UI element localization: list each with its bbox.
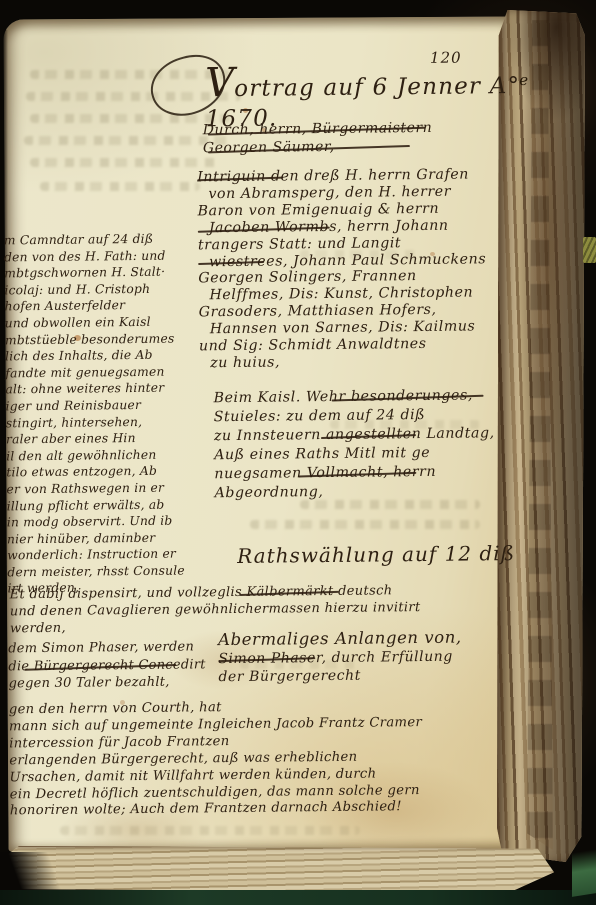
- manuscript-line: die Bürgergerecht Concedirt: [8, 656, 206, 676]
- manuscript-text: werden,: [10, 621, 66, 637]
- manuscript-text: Ursachen, damit nit Willfahrt werden kün…: [9, 766, 376, 785]
- manuscript-text: mbtgschwornen H. Stalt·: [4, 265, 165, 281]
- manuscript-line: lich des Inhalts, die Ab: [5, 346, 207, 365]
- manuscript-text: wonderlich: Instruction er: [7, 547, 176, 563]
- manuscript-text: mbtstüeble besonderumes: [5, 331, 175, 347]
- manuscript-text: icolaj: und H. Cristoph: [4, 282, 150, 298]
- manuscript-text: Stuieles: zu dem auf 24 diß: [214, 407, 426, 425]
- struck-header-block: Durch, herrn, BürgermaisternGeorgen Säum…: [203, 120, 433, 157]
- manuscript-text: iger und Reinisbauer: [6, 398, 142, 413]
- manuscript-text: und Sig: Schmidt Anwaldtnes: [199, 336, 427, 354]
- manuscript-text: lich des Inhalts, die Ab: [5, 348, 153, 364]
- manuscript-line: iger und Reinisbauer: [6, 396, 208, 415]
- photo-background: { "document": { "title": "Vortrag auf 6 …: [0, 0, 596, 905]
- cramer-intercession-block: gen den herrn von Courth, hatmann sich a…: [9, 698, 423, 821]
- manuscript-line: nier hinüber, daminber: [7, 529, 209, 548]
- manuscript-text: Simon Phaser, durch Erfüllung: [218, 648, 453, 666]
- manuscript-text: il den alt gewöhnlichen: [6, 448, 156, 464]
- manuscript-line: raler aber eines Hin: [6, 429, 208, 448]
- manuscript-text: dem Simon Phaser, werden: [8, 639, 194, 656]
- manuscript-text: fandte mit genuegsamen: [5, 364, 164, 380]
- manuscript-text: Georgen Solingers, Frannen: [198, 269, 417, 287]
- manuscript-text: er von Rathswegen in er: [6, 481, 164, 497]
- landtag-delegation-block: Beim Kaisl. Wehr besonderunges,Stuieles:…: [213, 386, 495, 503]
- manuscript-text: der Bürgergerecht: [218, 668, 361, 685]
- manuscript-text: raler aber eines Hin: [6, 431, 136, 446]
- manuscript-text: Auß eines Raths Mitl mit ge: [214, 445, 430, 463]
- manuscript-text: von Abramsperg, den H. herrer: [208, 184, 451, 203]
- manuscript-text: tilo etwas entzogen, Ab: [6, 464, 157, 480]
- manuscript-line: den von des H. Fath: und: [4, 247, 206, 266]
- manuscript-line: alt: ohne weiteres hinter: [5, 380, 207, 399]
- manuscript-line: und obwollen ein Kaisl: [5, 313, 207, 332]
- manuscript-text: ein Decretl höflich zuentschuldigen, das…: [10, 783, 420, 802]
- manuscript-line: er von Rathswegen in er: [6, 479, 208, 498]
- attendees-block: Intriguin den dreß H. herrn Grafenvon Ab…: [197, 166, 487, 372]
- manuscript-line: il den alt gewöhnlichen: [6, 446, 208, 465]
- manuscript-text: und obwollen ein Kaisl: [5, 315, 151, 331]
- manuscript-line: in modg observirt. Und ib: [7, 512, 209, 531]
- manuscript-line: der Bürgergerecht: [218, 666, 462, 687]
- council-election-heading: Rathswählung auf 12 diß: [237, 541, 515, 568]
- manuscript-text: Intriguin den dreß H. herrn Grafen: [197, 167, 469, 186]
- manuscript-line: m Camndtar auf 24 diß: [4, 230, 206, 249]
- handwriting-layer: Vortrag auf 6 Jenner A° 1670. 120 e Durc…: [0, 0, 596, 905]
- citizenship-margin-block: dem Simon Phaser, werdendie Bürgergerech…: [8, 638, 206, 693]
- manuscript-text: honoriren wolte; Auch dem Frantzen darna…: [10, 800, 402, 819]
- manuscript-line: fandte mit genuegsamen: [5, 363, 207, 382]
- manuscript-text: illung pflicht erwälts, ab: [7, 497, 165, 513]
- manuscript-line: tilo etwas entzogen, Ab: [6, 463, 208, 482]
- manuscript-text: erlangenden Bürgergerecht, auß was erheb…: [9, 749, 357, 768]
- manuscript-text: gen den herrn von Courth, hat: [9, 700, 222, 717]
- manuscript-text: zu huius,: [210, 354, 280, 371]
- manuscript-text: stingirt, hintersehen,: [6, 414, 143, 429]
- folio-number: 120: [430, 49, 462, 67]
- manuscript-text: den von des H. Fath: und: [4, 248, 166, 264]
- margin-note-block: m Camndtar auf 24 dißden von des H. Fath…: [4, 230, 210, 597]
- manuscript-text: hofen Austerfelder: [5, 298, 126, 313]
- manuscript-text: nier hinüber, daminber: [7, 531, 155, 547]
- manuscript-text: dern meister, rhsst Consule: [7, 563, 185, 579]
- manuscript-line: mbtstüeble besonderumes: [5, 330, 207, 349]
- manuscript-text: in modg observirt. Und ib: [7, 514, 173, 530]
- manuscript-text: m Camndtar auf 24 diß: [4, 232, 153, 248]
- manuscript-line: honoriren wolte; Auch dem Frantzen darna…: [10, 799, 423, 820]
- citizenship-request-block: Abermaliges Anlangen von,Simon Phaser, d…: [218, 629, 462, 687]
- manuscript-text: Baron von Emigenuaig & herrn: [198, 201, 440, 220]
- manuscript-line: dem Simon Phaser, werden: [8, 638, 206, 658]
- manuscript-text: intercession für Jacob Frantzen: [9, 734, 229, 751]
- manuscript-line: Abgeordnung,: [214, 481, 495, 503]
- manuscript-text: mann sich auf ungemeinte Ingleichen Jaco…: [9, 715, 422, 734]
- manuscript-line: illung pflicht erwälts, ab: [7, 496, 209, 515]
- manuscript-text: Abgeordnung,: [214, 484, 323, 501]
- manuscript-line: stingirt, hintersehen,: [6, 413, 208, 432]
- manuscript-text: gegen 30 Taler bezahlt,: [8, 675, 169, 692]
- manuscript-text: zu Innsteuern angestellten Landtag,: [214, 425, 495, 444]
- manuscript-line: gegen 30 Taler bezahlt,: [8, 673, 206, 693]
- manuscript-text: Grasoders, Matthiasen Hofers,: [199, 302, 437, 320]
- manuscript-text: Abermaliges Anlangen von,: [218, 628, 462, 650]
- manuscript-line: hofen Austerfelder: [4, 297, 206, 316]
- manuscript-line: zu huius,: [199, 352, 487, 372]
- manuscript-text: alt: ohne weiteres hinter: [5, 381, 164, 397]
- manuscript-text: Helffmes, Dis: Kunst, Christophen: [209, 285, 473, 304]
- manuscript-text: trangers Statt: und Langit: [198, 235, 401, 253]
- manuscript-text: Hannsen von Sarnes, Dis: Kailmus: [210, 319, 476, 338]
- manuscript-line: Georgen Säumer,: [203, 137, 433, 157]
- edge-letter: e: [519, 71, 529, 89]
- manuscript-text: wiestrees, Johann Paul Schmuckens: [209, 251, 486, 270]
